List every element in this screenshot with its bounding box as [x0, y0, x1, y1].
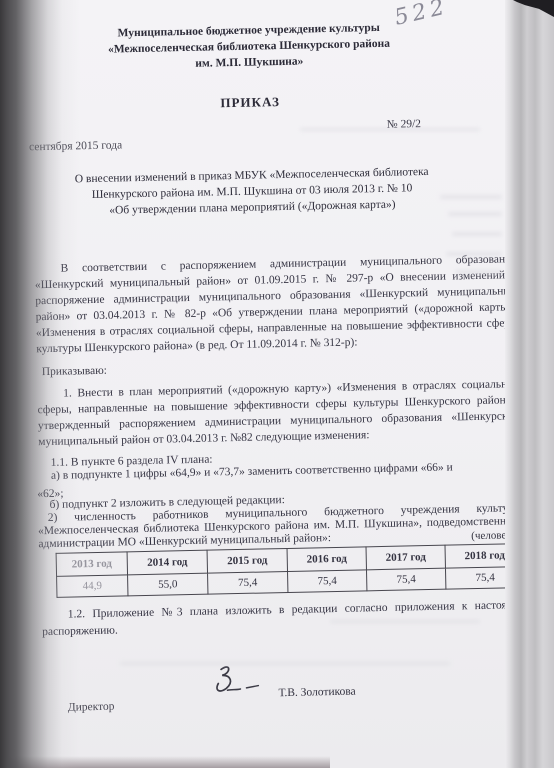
showthrough-mark	[300, 128, 480, 131]
table-value-cell: 75,4	[208, 571, 288, 594]
table-header-cell: 2017 год	[366, 545, 445, 570]
showthrough-mark	[455, 270, 502, 274]
handwritten-signature-icon	[191, 659, 270, 703]
doc-title: ПРИКАЗ	[0, 89, 506, 116]
scanned-page: 522 Муниципальное бюджетное учреждение к…	[0, 0, 554, 768]
doc-subject: О внесении изменений в приказ МБУК «Межп…	[0, 162, 508, 221]
showthrough-mark	[120, 662, 450, 665]
table-header-cell: 2014 год	[127, 550, 207, 575]
preamble-paragraph: В соответствии с распоряжением администр…	[34, 251, 518, 357]
table-header-cell: 2016 год	[287, 547, 366, 572]
showthrough-mark	[330, 620, 480, 623]
signature-name: Т.В. Золотикова	[278, 686, 355, 700]
item-1-2-paragraph: 1.2. Приложение №3 плана изложить в реда…	[42, 597, 535, 640]
document-content: 522 Муниципальное бюджетное учреждение к…	[0, 0, 554, 768]
table-value-cell: 55,0	[128, 573, 208, 596]
showthrough-mark	[448, 212, 502, 216]
table-header-cell: 2013 год	[56, 552, 127, 576]
table-header-cell: 2018 год	[445, 544, 524, 569]
table-unit-label: (человек)	[471, 529, 515, 542]
table-value-cell: 75,4	[288, 570, 367, 593]
doc-date: сентября 2015 года	[29, 139, 122, 153]
signature-title: Директор	[68, 701, 115, 714]
table-header-cell: 2015 год	[207, 548, 287, 573]
showthrough-mark	[446, 252, 502, 256]
resolve-word: Приказываю:	[42, 365, 107, 378]
table-value-cell: 75,4	[445, 567, 524, 590]
staffing-table: 2013 год 2014 год 2015 год 2016 год 2017…	[56, 543, 526, 598]
table-value-cell: 44,9	[57, 575, 128, 597]
table-value-cell: 75,4	[366, 568, 445, 591]
showthrough-mark	[452, 232, 502, 236]
showthrough-mark	[440, 195, 502, 199]
item-1-paragraph: 1. Внести в план мероприятий («дорожную …	[37, 376, 520, 450]
org-name-header: Муниципальное бюджетное учреждение культ…	[0, 17, 505, 76]
